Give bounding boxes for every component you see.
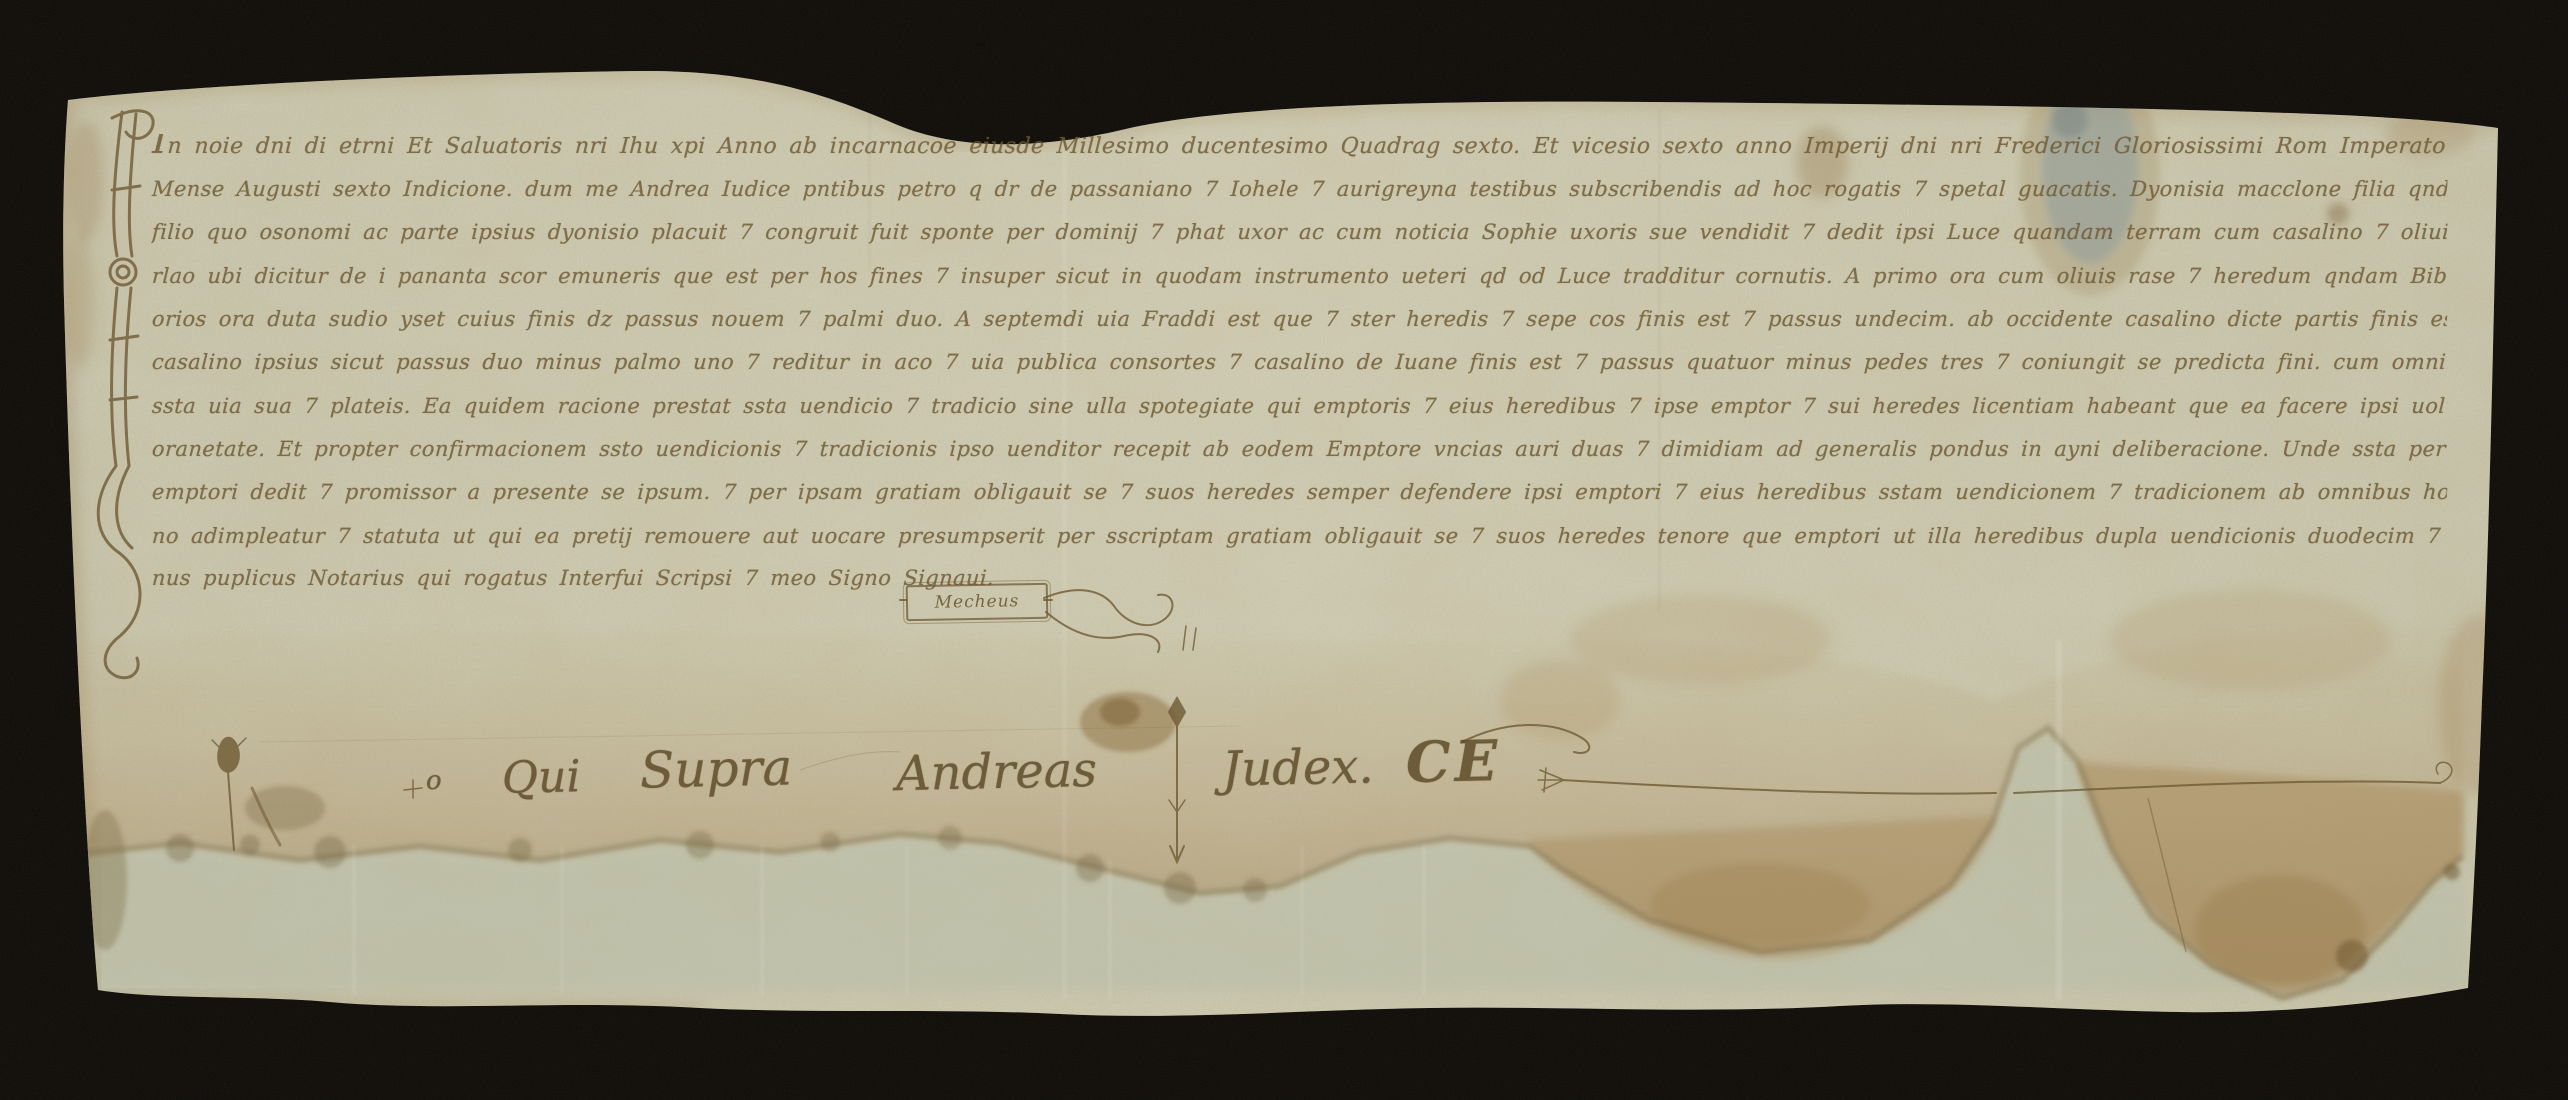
notary-cartouche: Mecheus (906, 583, 1049, 621)
charter-text-line-11: nus puplicus Notarius qui rogatus Interf… (151, 566, 994, 591)
charter-text-line-1: In noie dni di etrni Et Saluatoris nri I… (151, 134, 2447, 160)
charter-text-line-3: filio quo osonomi ac parte ipsius dyonis… (151, 220, 2447, 245)
charter-text-line-10: no adimpleatur 7 statuta ut qui ea preti… (151, 524, 2447, 549)
subscription-qui: Qui (502, 755, 581, 801)
subscription-supra: Supra (639, 742, 792, 795)
subscription-mark-o: o (426, 768, 442, 794)
charter-text-line-9: emptori dedit 7 promissor a presente se … (151, 480, 2447, 505)
charter-text-line-7: ssta uia sua 7 plateis. Ea quidem racion… (151, 394, 2447, 419)
cartouche-text: Mecheus (935, 593, 1020, 611)
subscription-ce: CE (1405, 733, 1501, 791)
charter-text-line-6: casalino ipsius sicut passus duo minus p… (151, 350, 2447, 375)
subscription-judex: Judex. (1222, 742, 1375, 793)
charter-text-line-8: oranetate. Et propter confirmacionem sst… (151, 437, 2447, 462)
charter-photograph: In noie dni di etrni Et Saluatoris nri I… (0, 0, 2568, 1100)
charter-text-line-5: orios ora duta sudio yset cuius finis dz… (151, 307, 2447, 332)
handwriting-layer: In noie dni di etrni Et Saluatoris nri I… (0, 0, 2568, 1100)
charter-text-line-4: rlao ubi dicitur de i pananta scor emune… (151, 264, 2447, 289)
charter-text-line-2: Mense Augusti sexto Indicione. dum me An… (151, 177, 2447, 202)
subscription-andreas: Andreas (896, 746, 1098, 798)
